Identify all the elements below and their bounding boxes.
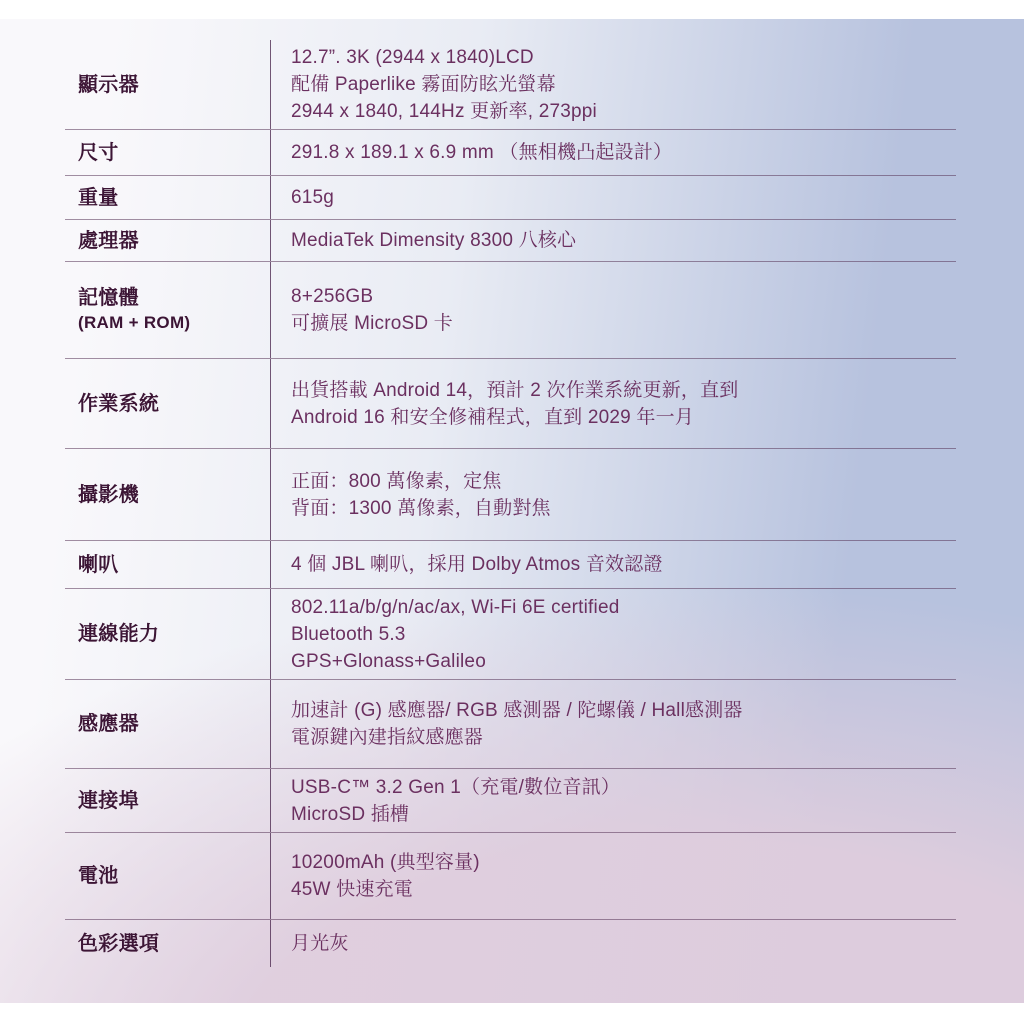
spec-label: 色彩選項 xyxy=(78,931,270,957)
spec-label: 重量 xyxy=(78,185,270,211)
spec-label-sub: (RAM + ROM) xyxy=(78,311,270,335)
spec-value-line: 正面：800 萬像素，定焦 xyxy=(291,468,956,495)
spec-value-cell: 出貨搭載 Android 14，預計 2 次作業系統更新，直到 Android … xyxy=(270,359,956,448)
spec-value-line: 12.7”. 3K (2944 x 1840)LCD xyxy=(291,44,956,71)
spec-label: 感應器 xyxy=(78,711,270,737)
spec-label: 電池 xyxy=(78,863,270,889)
spec-value-line: 出貨搭載 Android 14，預計 2 次作業系統更新，直到 xyxy=(291,377,956,404)
spec-label-cell: 顯示器 xyxy=(65,40,270,129)
spec-row-os: 作業系統 出貨搭載 Android 14，預計 2 次作業系統更新，直到 And… xyxy=(65,359,956,449)
spec-value-cell: 291.8 x 189.1 x 6.9 mm （無相機凸起設計） xyxy=(270,130,956,175)
spec-value-cell: 8+256GB 可擴展 MicroSD 卡 xyxy=(270,262,956,358)
spec-label: 作業系統 xyxy=(78,391,270,417)
spec-value-line: 月光灰 xyxy=(291,930,956,957)
spec-value-cell: 12.7”. 3K (2944 x 1840)LCD 配備 Paperlike … xyxy=(270,40,956,129)
spec-value-cell: USB-C™ 3.2 Gen 1（充電/數位音訊） MicroSD 插槽 xyxy=(270,769,956,832)
spec-label: 連接埠 xyxy=(78,788,270,814)
spec-value-cell: 正面：800 萬像素，定焦 背面：1300 萬像素，自動對焦 xyxy=(270,449,956,540)
spec-value-line: 2944 x 1840, 144Hz 更新率, 273ppi xyxy=(291,98,956,125)
spec-label-cell: 記憶體 (RAM + ROM) xyxy=(65,262,270,358)
spec-value-line: 電源鍵內建指紋感應器 xyxy=(291,724,956,751)
spec-value-cell: 月光灰 xyxy=(270,920,956,967)
spec-row-memory: 記憶體 (RAM + ROM) 8+256GB 可擴展 MicroSD 卡 xyxy=(65,262,956,359)
spec-value-line: MediaTek Dimensity 8300 八核心 xyxy=(291,227,956,254)
spec-value-line: 8+256GB xyxy=(291,283,956,310)
spec-value-line: Android 16 和安全修補程式，直到 2029 年一月 xyxy=(291,404,956,431)
spec-label: 顯示器 xyxy=(78,72,270,98)
spec-label-cell: 尺寸 xyxy=(65,130,270,175)
spec-row-sensors: 感應器 加速計 (G) 感應器/ RGB 感測器 / 陀螺儀 / Hall感測器… xyxy=(65,680,956,769)
spec-label: 記憶體 xyxy=(78,285,270,311)
spec-label: 連線能力 xyxy=(78,621,270,647)
spec-label: 喇叭 xyxy=(78,552,270,578)
spec-label-cell: 處理器 xyxy=(65,220,270,261)
spec-value-line: 4 個 JBL 喇叭，採用 Dolby Atmos 音效認證 xyxy=(291,551,956,578)
spec-value-line: 10200mAh (典型容量) xyxy=(291,849,956,876)
spec-row-camera: 攝影機 正面：800 萬像素，定焦 背面：1300 萬像素，自動對焦 xyxy=(65,449,956,541)
spec-row-speakers: 喇叭 4 個 JBL 喇叭，採用 Dolby Atmos 音效認證 xyxy=(65,541,956,589)
spec-label: 處理器 xyxy=(78,228,270,254)
spec-label-cell: 感應器 xyxy=(65,680,270,768)
spec-label-cell: 作業系統 xyxy=(65,359,270,448)
spec-row-connectivity: 連線能力 802.11a/b/g/n/ac/ax, Wi-Fi 6E certi… xyxy=(65,589,956,680)
spec-row-display: 顯示器 12.7”. 3K (2944 x 1840)LCD 配備 Paperl… xyxy=(65,40,956,130)
spec-label-cell: 攝影機 xyxy=(65,449,270,540)
spec-label: 攝影機 xyxy=(78,482,270,508)
spec-label-cell: 重量 xyxy=(65,176,270,219)
spec-label-cell: 電池 xyxy=(65,833,270,919)
spec-value-line: Bluetooth 5.3 xyxy=(291,621,956,648)
spec-value-cell: 4 個 JBL 喇叭，採用 Dolby Atmos 音效認證 xyxy=(270,541,956,588)
spec-label: 尺寸 xyxy=(78,140,270,166)
spec-value-cell: 10200mAh (典型容量) 45W 快速充電 xyxy=(270,833,956,919)
spec-value-line: 配備 Paperlike 霧面防眩光螢幕 xyxy=(291,71,956,98)
spec-value-cell: MediaTek Dimensity 8300 八核心 xyxy=(270,220,956,261)
spec-row-ports: 連接埠 USB-C™ 3.2 Gen 1（充電/數位音訊） MicroSD 插槽 xyxy=(65,769,956,833)
spec-label-cell: 連線能力 xyxy=(65,589,270,679)
spec-value-line: 615g xyxy=(291,184,956,211)
spec-row-weight: 重量 615g xyxy=(65,176,956,220)
spec-value-line: MicroSD 插槽 xyxy=(291,801,956,828)
spec-value-line: 291.8 x 189.1 x 6.9 mm （無相機凸起設計） xyxy=(291,139,956,166)
spec-row-processor: 處理器 MediaTek Dimensity 8300 八核心 xyxy=(65,220,956,262)
spec-table: 顯示器 12.7”. 3K (2944 x 1840)LCD 配備 Paperl… xyxy=(65,40,956,967)
spec-value-cell: 802.11a/b/g/n/ac/ax, Wi-Fi 6E certified … xyxy=(270,589,956,679)
spec-row-colors: 色彩選項 月光灰 xyxy=(65,920,956,967)
spec-value-line: 背面：1300 萬像素，自動對焦 xyxy=(291,495,956,522)
spec-label-cell: 喇叭 xyxy=(65,541,270,588)
spec-value-line: GPS+Glonass+Galileo xyxy=(291,648,956,675)
spec-value-cell: 加速計 (G) 感應器/ RGB 感測器 / 陀螺儀 / Hall感測器 電源鍵… xyxy=(270,680,956,768)
spec-row-battery: 電池 10200mAh (典型容量) 45W 快速充電 xyxy=(65,833,956,920)
spec-value-line: USB-C™ 3.2 Gen 1（充電/數位音訊） xyxy=(291,774,956,801)
spec-value-line: 802.11a/b/g/n/ac/ax, Wi-Fi 6E certified xyxy=(291,594,956,621)
spec-label-cell: 色彩選項 xyxy=(65,920,270,967)
spec-value-line: 可擴展 MicroSD 卡 xyxy=(291,310,956,337)
spec-value-line: 45W 快速充電 xyxy=(291,876,956,903)
spec-value-cell: 615g xyxy=(270,176,956,219)
spec-sheet: 顯示器 12.7”. 3K (2944 x 1840)LCD 配備 Paperl… xyxy=(0,0,1024,1024)
spec-value-line: 加速計 (G) 感應器/ RGB 感測器 / 陀螺儀 / Hall感測器 xyxy=(291,697,956,724)
spec-label-cell: 連接埠 xyxy=(65,769,270,832)
spec-row-dimensions: 尺寸 291.8 x 189.1 x 6.9 mm （無相機凸起設計） xyxy=(65,130,956,176)
